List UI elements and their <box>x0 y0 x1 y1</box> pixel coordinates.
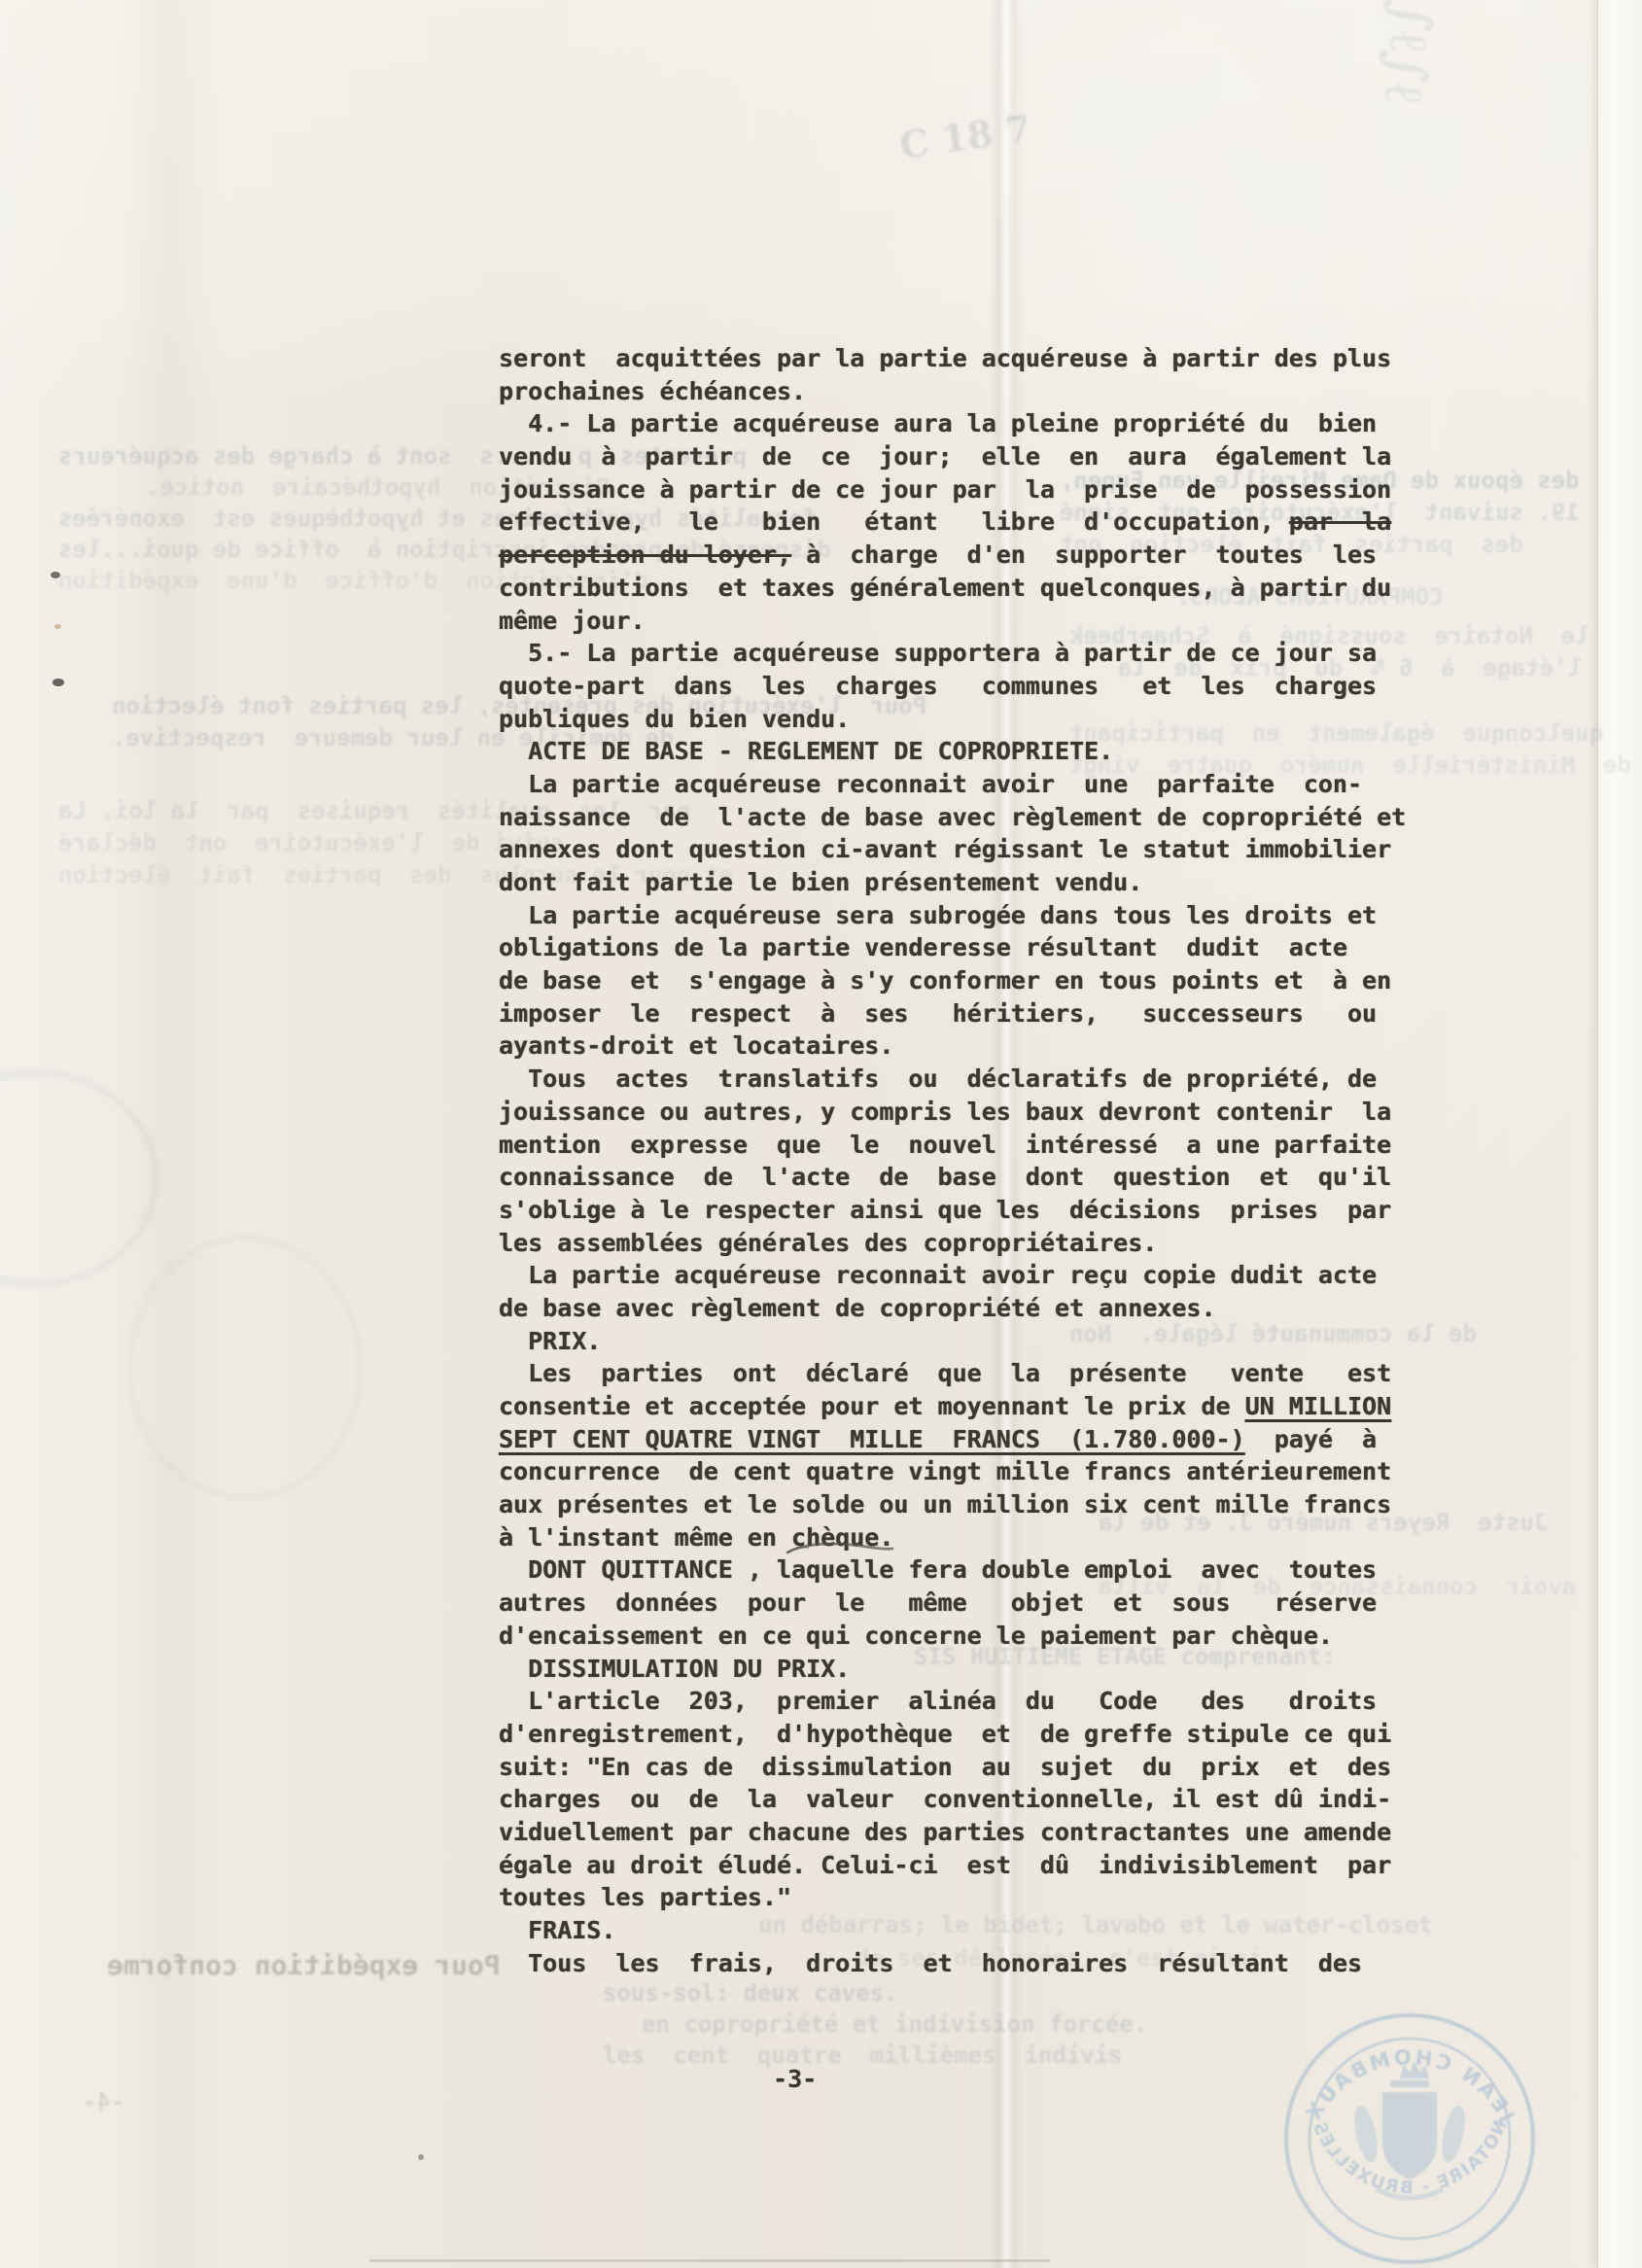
notary-stamp: JEAN CHOMBAUX NOTAIRE - BRUXELLES <box>1274 2003 1546 2268</box>
stamp-top-text: JEAN CHOMBAUX <box>1301 2045 1520 2128</box>
text-line: DISSIMULATION DU PRIX. <box>499 1653 1432 1686</box>
page-number: -3- <box>773 2065 817 2093</box>
text-line: vendu à partir de ce jour; elle en aura … <box>499 440 1432 473</box>
text-line: jouissance à partir de ce jour par la pr… <box>499 473 1432 506</box>
ghost-text-line: sous-sol: deux caves. <box>603 1979 897 2006</box>
text-line: viduellement par chacune des parties con… <box>499 1816 1432 1849</box>
text-line: FRAIS. <box>499 1914 1432 1947</box>
text-line: La partie acquéreuse sera subrogée dans … <box>499 899 1432 932</box>
text-line: Tous les frais, droits et honoraires rés… <box>499 1947 1432 1980</box>
text-line: charges ou de la valeur conventionnelle,… <box>499 1783 1432 1816</box>
text-line: jouissance ou autres, y compris les baux… <box>499 1096 1432 1129</box>
text-line: DONT QUITTANCE , laquelle fera double em… <box>499 1553 1432 1587</box>
text-line: 4.- La partie acquéreuse aura la pleine … <box>499 407 1432 440</box>
text-line: Les parties ont déclaré que la présente … <box>499 1357 1432 1390</box>
text-line: Tous actes translatifs ou déclaratifs de… <box>499 1063 1432 1096</box>
text-line: mention expresse que le nouvel intéressé… <box>499 1129 1432 1162</box>
text-line: seront acquittées par la partie acquéreu… <box>499 342 1432 375</box>
text-line: à l'instant même en chèque. <box>499 1521 1432 1554</box>
text-line: de base et s'engage à s'y conformer en t… <box>499 964 1432 997</box>
ghost-text-line: en copropriété et indivision forcée. <box>642 2010 1147 2038</box>
text-line: les assemblées générales des copropriéta… <box>499 1227 1432 1260</box>
text-line: consentie et acceptée pour et moyennant … <box>499 1390 1432 1423</box>
typewritten-text: seront acquittées par la partie acquéreu… <box>499 342 1432 1979</box>
text-line: 5.- La partie acquéreuse supportera à pa… <box>499 637 1432 670</box>
text-line: aux présentes et le solde ou un million … <box>499 1488 1432 1521</box>
text-line: publiques du bien vendu. <box>499 703 1432 736</box>
ink-dot <box>54 624 61 629</box>
ink-dot <box>52 679 64 686</box>
text-line: PRIX. <box>499 1325 1432 1358</box>
text-line: connaissance de l'acte de base dont ques… <box>499 1161 1432 1194</box>
ghost-text-line: les cent quatre millièmes indivis <box>603 2041 1123 2069</box>
text-line: suit: "En cas de dissimulation au sujet … <box>499 1751 1432 1784</box>
scan-edge-next-sheet <box>1597 0 1642 2268</box>
stamp-crown <box>1400 2061 1429 2078</box>
scan-bottom-edge-line <box>369 2259 1050 2262</box>
text-line: L'article 203, premier alinéa du Code de… <box>499 1685 1432 1718</box>
text-line: quote-part dans les charges communes et … <box>499 670 1432 703</box>
scanned-notarial-deed-page: présentes p......s sont à charge des acq… <box>0 0 1642 2268</box>
svg-text:JEAN CHOMBAUX: JEAN CHOMBAUX <box>1301 2045 1520 2128</box>
text-line: égale au droit éludé. Celui-ci est dû in… <box>499 1849 1432 1882</box>
text-line: d'encaissement en ce qui concerne le pai… <box>499 1620 1432 1653</box>
scan-shading <box>117 0 224 2268</box>
text-line: annexes dont question ci-avant régissant… <box>499 833 1432 866</box>
text-line: même jour. <box>499 605 1432 638</box>
ink-dot <box>51 572 60 578</box>
text-line: La partie acquéreuse reconnait avoir reç… <box>499 1259 1432 1292</box>
text-line: ACTE DE BASE - REGLEMENT DE COPROPRIETE. <box>499 735 1432 768</box>
text-line: de base avec règlement de copropriété et… <box>499 1292 1432 1325</box>
text-line: prochaines échéances. <box>499 375 1432 408</box>
handwriting-ghost: ∫ℓ∫ℓ <box>1372 0 1445 106</box>
text-line: imposer le respect à ses héritiers, succ… <box>499 997 1432 1030</box>
stamp-bottom-text: NOTAIRE - BRUXELLES <box>1308 2117 1511 2199</box>
text-line: concurrence de cent quatre vingt mille f… <box>499 1455 1432 1488</box>
text-line: obligations de la partie venderesse résu… <box>499 931 1432 964</box>
text-line: ayants-droit et locataires. <box>499 1029 1432 1063</box>
text-line: dont fait partie le bien présentement ve… <box>499 866 1432 899</box>
text-line: La partie acquéreuse reconnait avoir une… <box>499 768 1432 801</box>
text-line: autres données pour le même objet et sou… <box>499 1587 1432 1620</box>
stamp-shield <box>1382 2092 1437 2180</box>
text-line: effective, le bien étant libre d'occupat… <box>499 506 1432 539</box>
text-line: naissance de l'acte de base avec règleme… <box>499 801 1432 834</box>
ink-dot <box>418 2154 424 2160</box>
text-line: toutes les parties." <box>499 1881 1432 1914</box>
text-line: SEPT CENT QUATRE VINGT MILLE FRANCS (1.7… <box>499 1423 1432 1456</box>
handwriting-ghost: C 18 7 <box>897 106 1034 167</box>
text-line: d'enregistrement, d'hypothèque et de gre… <box>499 1718 1432 1751</box>
svg-text:NOTAIRE - BRUXELLES: NOTAIRE - BRUXELLES <box>1308 2117 1511 2199</box>
text-line: contributions et taxes généralement quel… <box>499 572 1432 605</box>
text-line: perception du loyer, à charge d'en suppo… <box>499 539 1432 572</box>
text-line: s'oblige à le respecter ainsi que les dé… <box>499 1194 1432 1227</box>
